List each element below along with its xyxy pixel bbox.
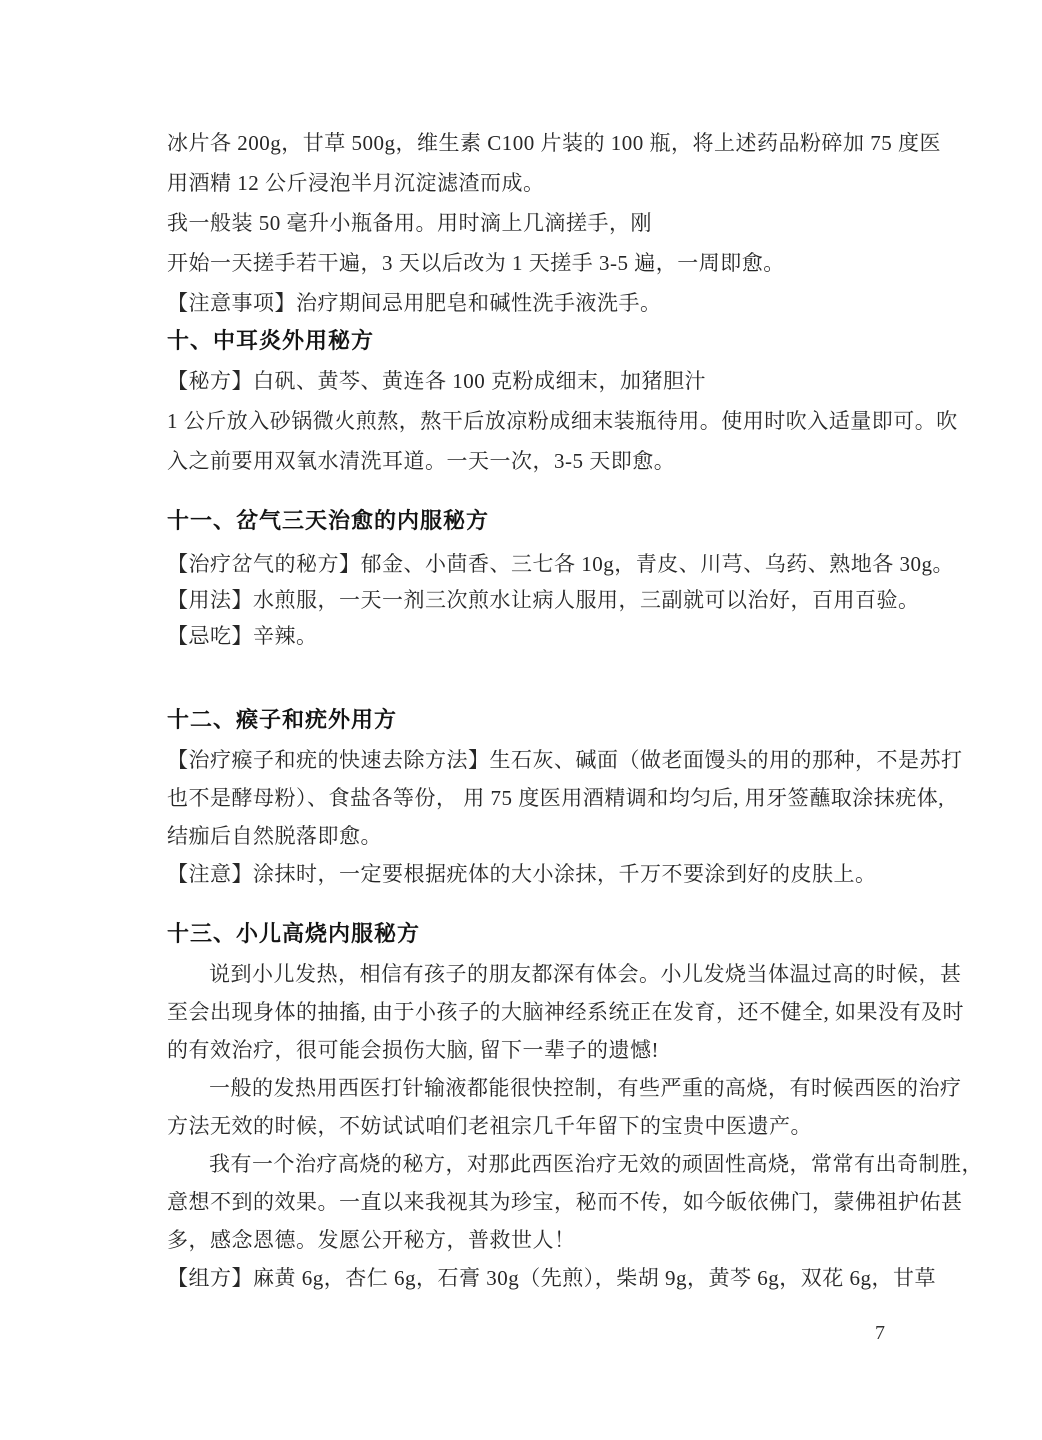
text-line: 我有一个治疗高烧的秘方，对那此西医治疗无效的顽固性高烧，常常有出奇制胜， xyxy=(167,1145,907,1183)
page-number: 7 xyxy=(860,1322,900,1345)
continuation-paragraph: 冰片各 200g，甘草 500g，维生素 C100 片装的 100 瓶，将上述药… xyxy=(167,123,907,323)
section-heading-13: 十三、小儿高烧内服秘方 xyxy=(167,919,907,949)
text-line: 入之前要用双氧水清洗耳道。一天一次，3-5 天即愈。 xyxy=(167,441,907,481)
section-body-12: 【治疗瘊子和疣的快速去除方法】生石灰、碱面（做老面馒头的用的那种，不是苏打 也不… xyxy=(167,741,907,893)
section-body-13: 说到小儿发热，相信有孩子的朋友都深有体会。小儿发烧当体温过高的时候，甚 至会出现… xyxy=(167,955,907,1297)
section-body-10: 【秘方】白矾、黄芩、黄连各 100 克粉成细末，加猪胆汁 1 公斤放入砂锅微火煎… xyxy=(167,361,907,481)
text-line: 【忌吃】辛辣。 xyxy=(167,618,907,654)
text-line: 【秘方】白矾、黄芩、黄连各 100 克粉成细末，加猪胆汁 xyxy=(167,361,907,401)
text-line: 一般的发热用西医打针输液都能很快控制，有些严重的高烧，有时候西医的治疗 xyxy=(167,1069,907,1107)
text-line: 的有效治疗，很可能会损伤大脑, 留下一辈子的遗憾! xyxy=(167,1031,907,1069)
text-line: 【注意事项】治疗期间忌用肥皂和碱性洗手液洗手。 xyxy=(167,283,907,323)
section-heading-10: 十、中耳炎外用秘方 xyxy=(167,326,907,356)
text-line: 意想不到的效果。一直以来我视其为珍宝，秘而不传，如今皈依佛门，蒙佛祖护佑甚 xyxy=(167,1183,907,1221)
text-line: 结痂后自然脱落即愈。 xyxy=(167,817,907,855)
text-line: 说到小儿发热，相信有孩子的朋友都深有体会。小儿发烧当体温过高的时候，甚 xyxy=(167,955,907,993)
section-heading-11: 十一、岔气三天治愈的内服秘方 xyxy=(167,506,907,536)
text-line: 【组方】麻黄 6g，杏仁 6g，石膏 30g（先煎），柴胡 9g，黄芩 6g，双… xyxy=(167,1259,907,1297)
text-line: 【用法】水煎服，一天一剂三次煎水让病人服用，三副就可以治好，百用百验。 xyxy=(167,582,907,618)
text-line: 开始一天搓手若干遍，3 天以后改为 1 天搓手 3-5 遍，一周即愈。 xyxy=(167,243,907,283)
text-line: 也不是酵母粉）、食盐各等份， 用 75 度医用酒精调和均匀后, 用牙签蘸取涂抹疣… xyxy=(167,779,907,817)
text-line: 用酒精 12 公斤浸泡半月沉淀滤渣而成。 xyxy=(167,163,907,203)
document-page: 冰片各 200g，甘草 500g，维生素 C100 片装的 100 瓶，将上述药… xyxy=(0,0,1042,1440)
section-body-11: 【治疗岔气的秘方】郁金、小茴香、三七各 10g，青皮、川芎、乌药、熟地各 30g… xyxy=(167,546,907,654)
text-line: 至会出现身体的抽搐, 由于小孩子的大脑神经系统正在发育，还不健全, 如果没有及时 xyxy=(167,993,907,1031)
text-line: 方法无效的时候，不妨试试咱们老祖宗几千年留下的宝贵中医遗产。 xyxy=(167,1107,907,1145)
text-line: 冰片各 200g，甘草 500g，维生素 C100 片装的 100 瓶，将上述药… xyxy=(167,123,907,163)
text-line: 1 公斤放入砂锅微火煎熬，熬干后放凉粉成细末装瓶待用。使用时吹入适量即可。吹 xyxy=(167,401,907,441)
text-line: 【治疗瘊子和疣的快速去除方法】生石灰、碱面（做老面馒头的用的那种，不是苏打 xyxy=(167,741,907,779)
text-line: 我一般装 50 毫升小瓶备用。用时滴上几滴搓手，刚 xyxy=(167,203,907,243)
section-heading-12: 十二、瘊子和疣外用方 xyxy=(167,705,907,735)
text-line: 【注意】涂抹时，一定要根据疣体的大小涂抹，千万不要涂到好的皮肤上。 xyxy=(167,855,907,893)
text-line: 【治疗岔气的秘方】郁金、小茴香、三七各 10g，青皮、川芎、乌药、熟地各 30g… xyxy=(167,546,907,582)
text-line: 多，感念恩德。发愿公开秘方，普救世人！ xyxy=(167,1221,907,1259)
